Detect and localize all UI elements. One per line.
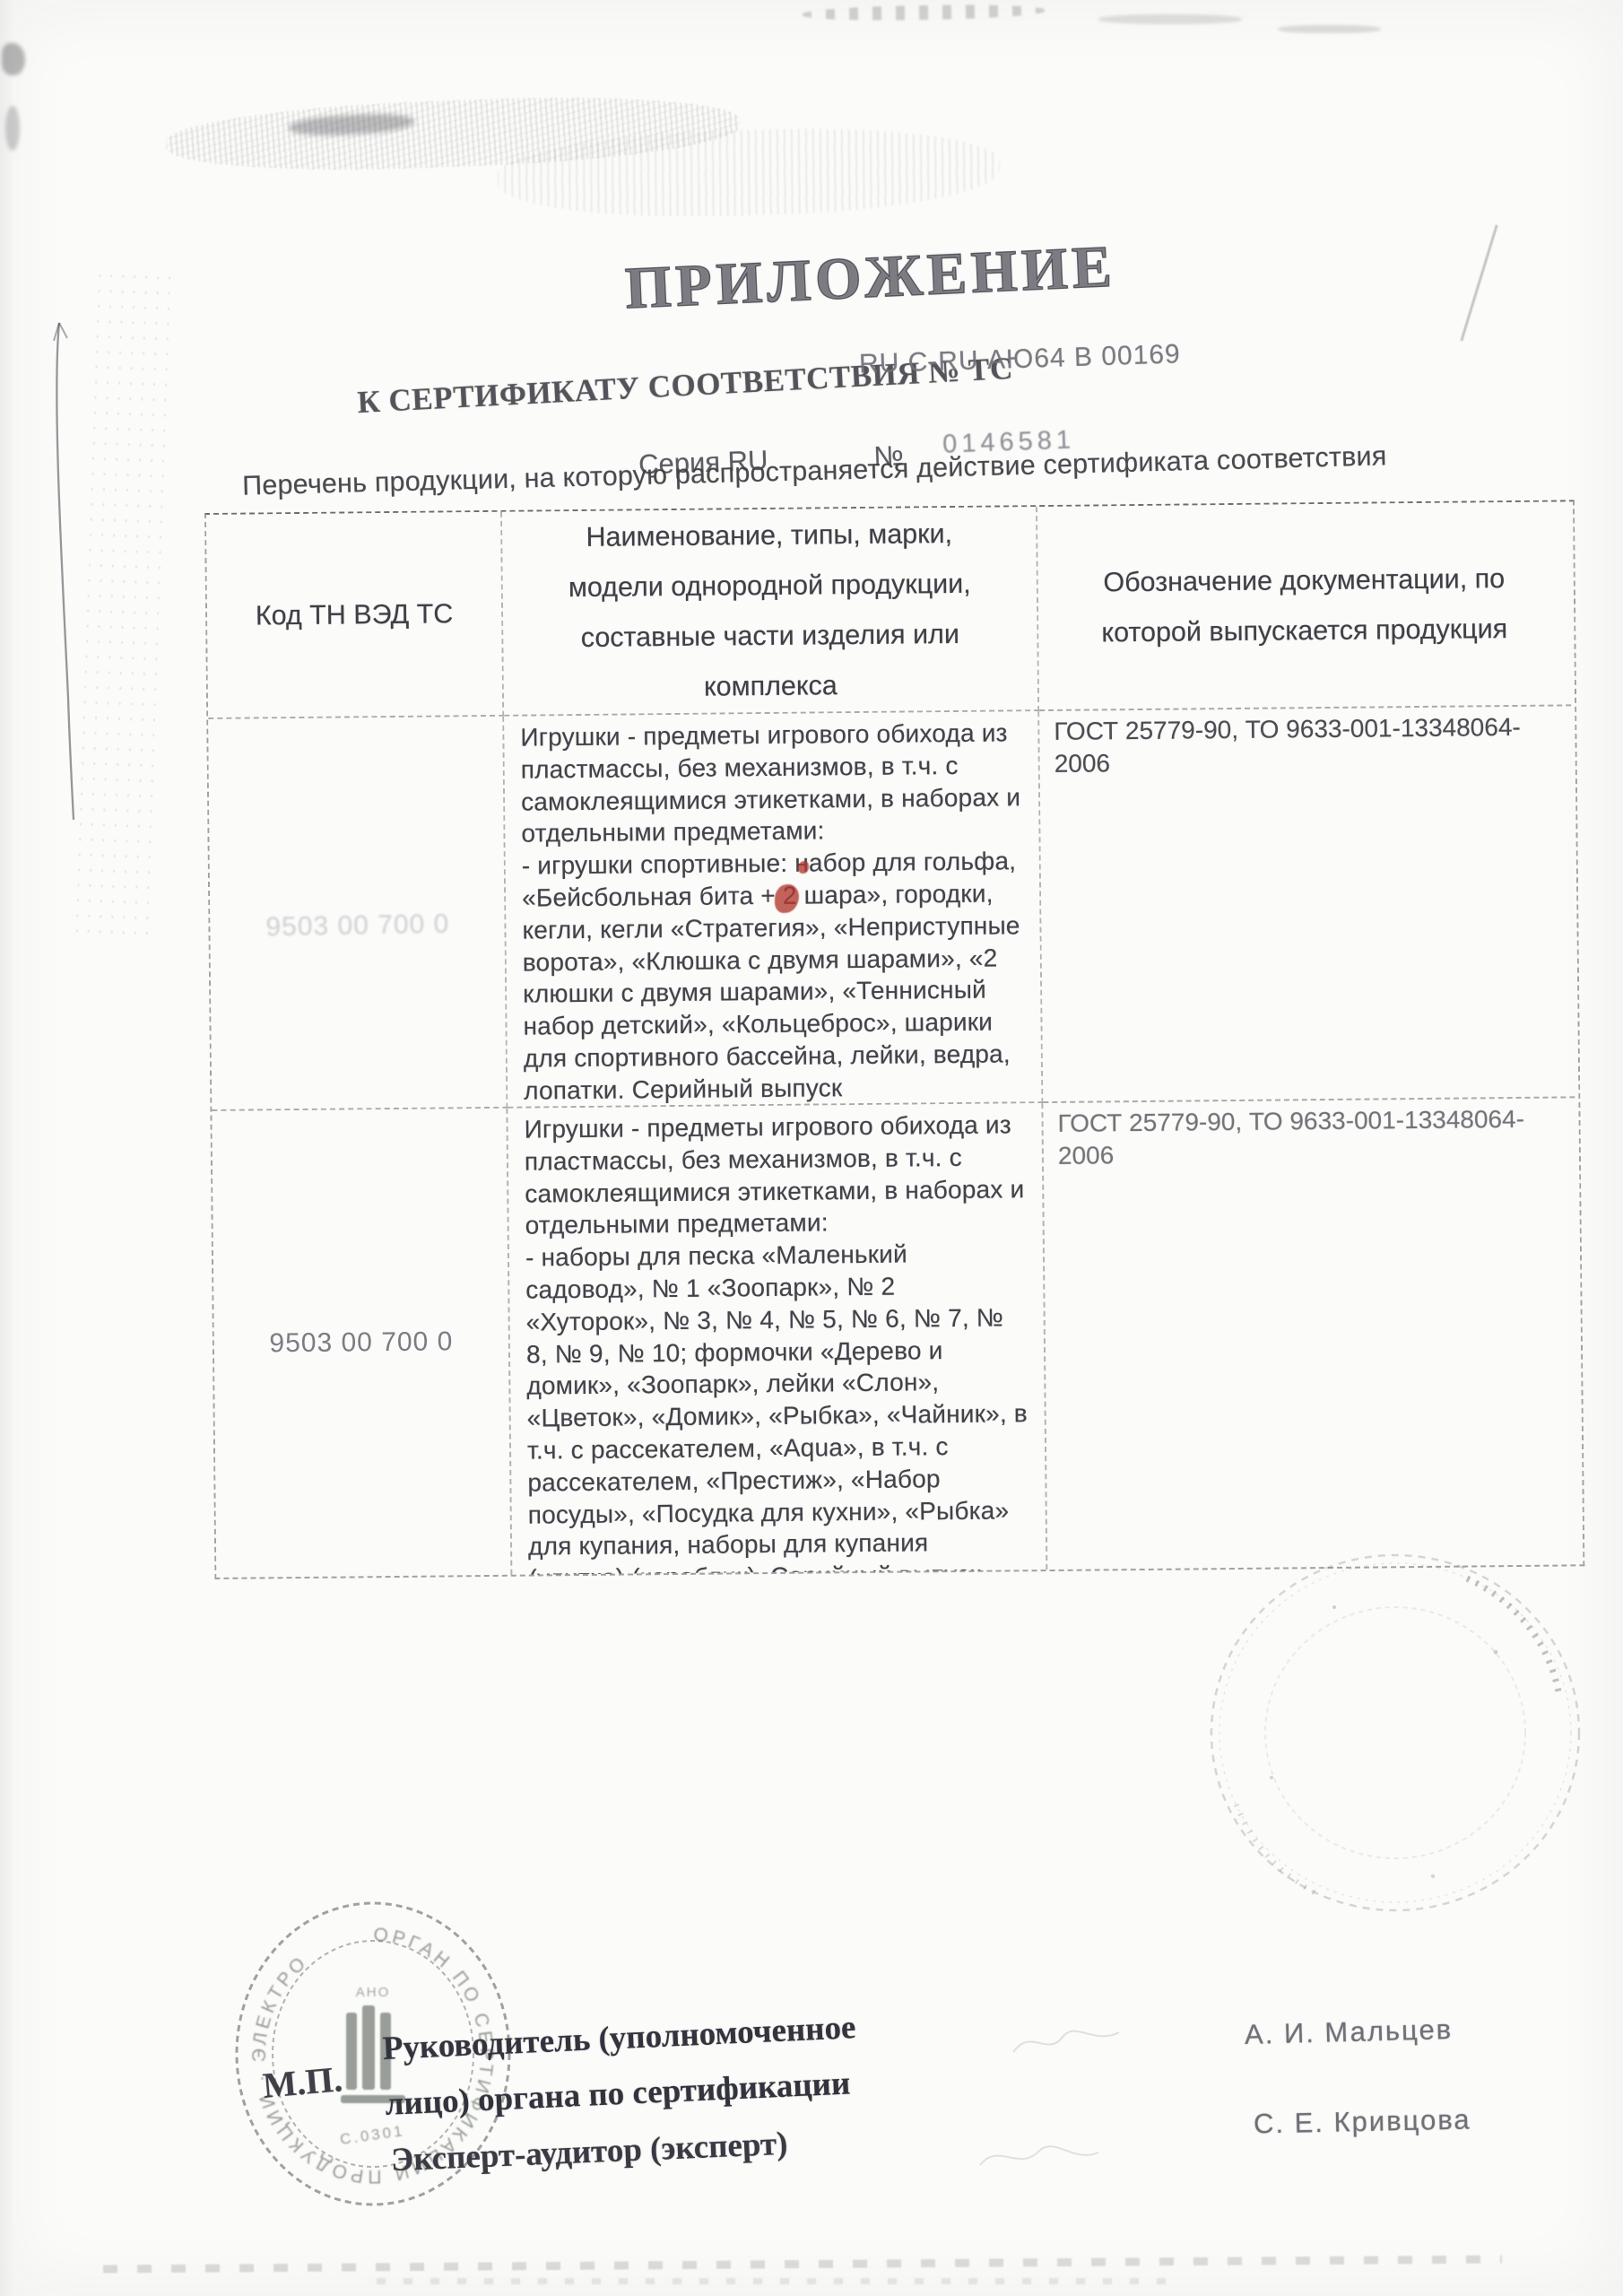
head-name: А. И. Мальцев xyxy=(1245,2013,1454,2051)
scan-scratch xyxy=(1460,225,1497,342)
pen-mark-line xyxy=(41,312,104,832)
scan-smudge-band xyxy=(103,2256,1502,2274)
stamp-place-label: М.П. xyxy=(261,2057,344,2107)
page-title: ПРИЛОЖЕНИЕ xyxy=(624,233,1118,324)
signature-scribble xyxy=(973,2126,1107,2188)
certificate-number: RU C-RU АЮ64 В 00169 xyxy=(859,339,1182,379)
table-row2-name-cell: Игрушки - предметы игрового обихода из п… xyxy=(508,1103,1047,1575)
header-name-column: Наименование, типы, марки, модели одноро… xyxy=(502,507,1039,717)
scan-smudge-band xyxy=(1098,14,1242,24)
stamp-inner-top-text: АНО xyxy=(356,1985,391,2000)
scan-edge-shadow xyxy=(0,0,14,2296)
product-table: Код ТН ВЭД ТС Наименование, типы, марки,… xyxy=(204,500,1584,1579)
head-role-label: Руководитель (уполномоченное лицо) орган… xyxy=(381,2000,859,2133)
expert-name: С. Е. Кривцова xyxy=(1254,2103,1471,2140)
table-row1-name-cell: Игрушки - предметы игрового обихода из п… xyxy=(504,711,1043,1109)
table-row1-doc-cell: ГОСТ 25779-90, ТО 9633-001-13348064-2006 xyxy=(1039,706,1575,1103)
signature-scribble xyxy=(1004,2009,1130,2072)
faint-round-stamp xyxy=(1200,1544,1591,1925)
table-row2-doc-cell: ГОСТ 25779-90, ТО 9633-001-13348064-2006 xyxy=(1043,1098,1579,1570)
scan-smudge xyxy=(5,106,20,151)
scanned-certificate-appendix-page: ПРИЛОЖЕНИЕ К СЕРТИФИКАТУ СООТВЕТСТВИЯ № … xyxy=(0,0,1623,2296)
header-code-column: Код ТН ВЭД ТС xyxy=(206,512,504,719)
table-row1-code-cell: 9503 00 700 0 xyxy=(208,717,508,1111)
header-doc-column: Обозначение документации, по которой вып… xyxy=(1037,501,1571,711)
scan-smudge-band xyxy=(1278,25,1381,33)
scan-smudge xyxy=(2,43,25,75)
table-row2-code-cell: 9503 00 700 0 xyxy=(212,1109,512,1578)
scan-smudge-band xyxy=(803,4,1045,22)
scan-smudge-band xyxy=(377,2278,1184,2284)
